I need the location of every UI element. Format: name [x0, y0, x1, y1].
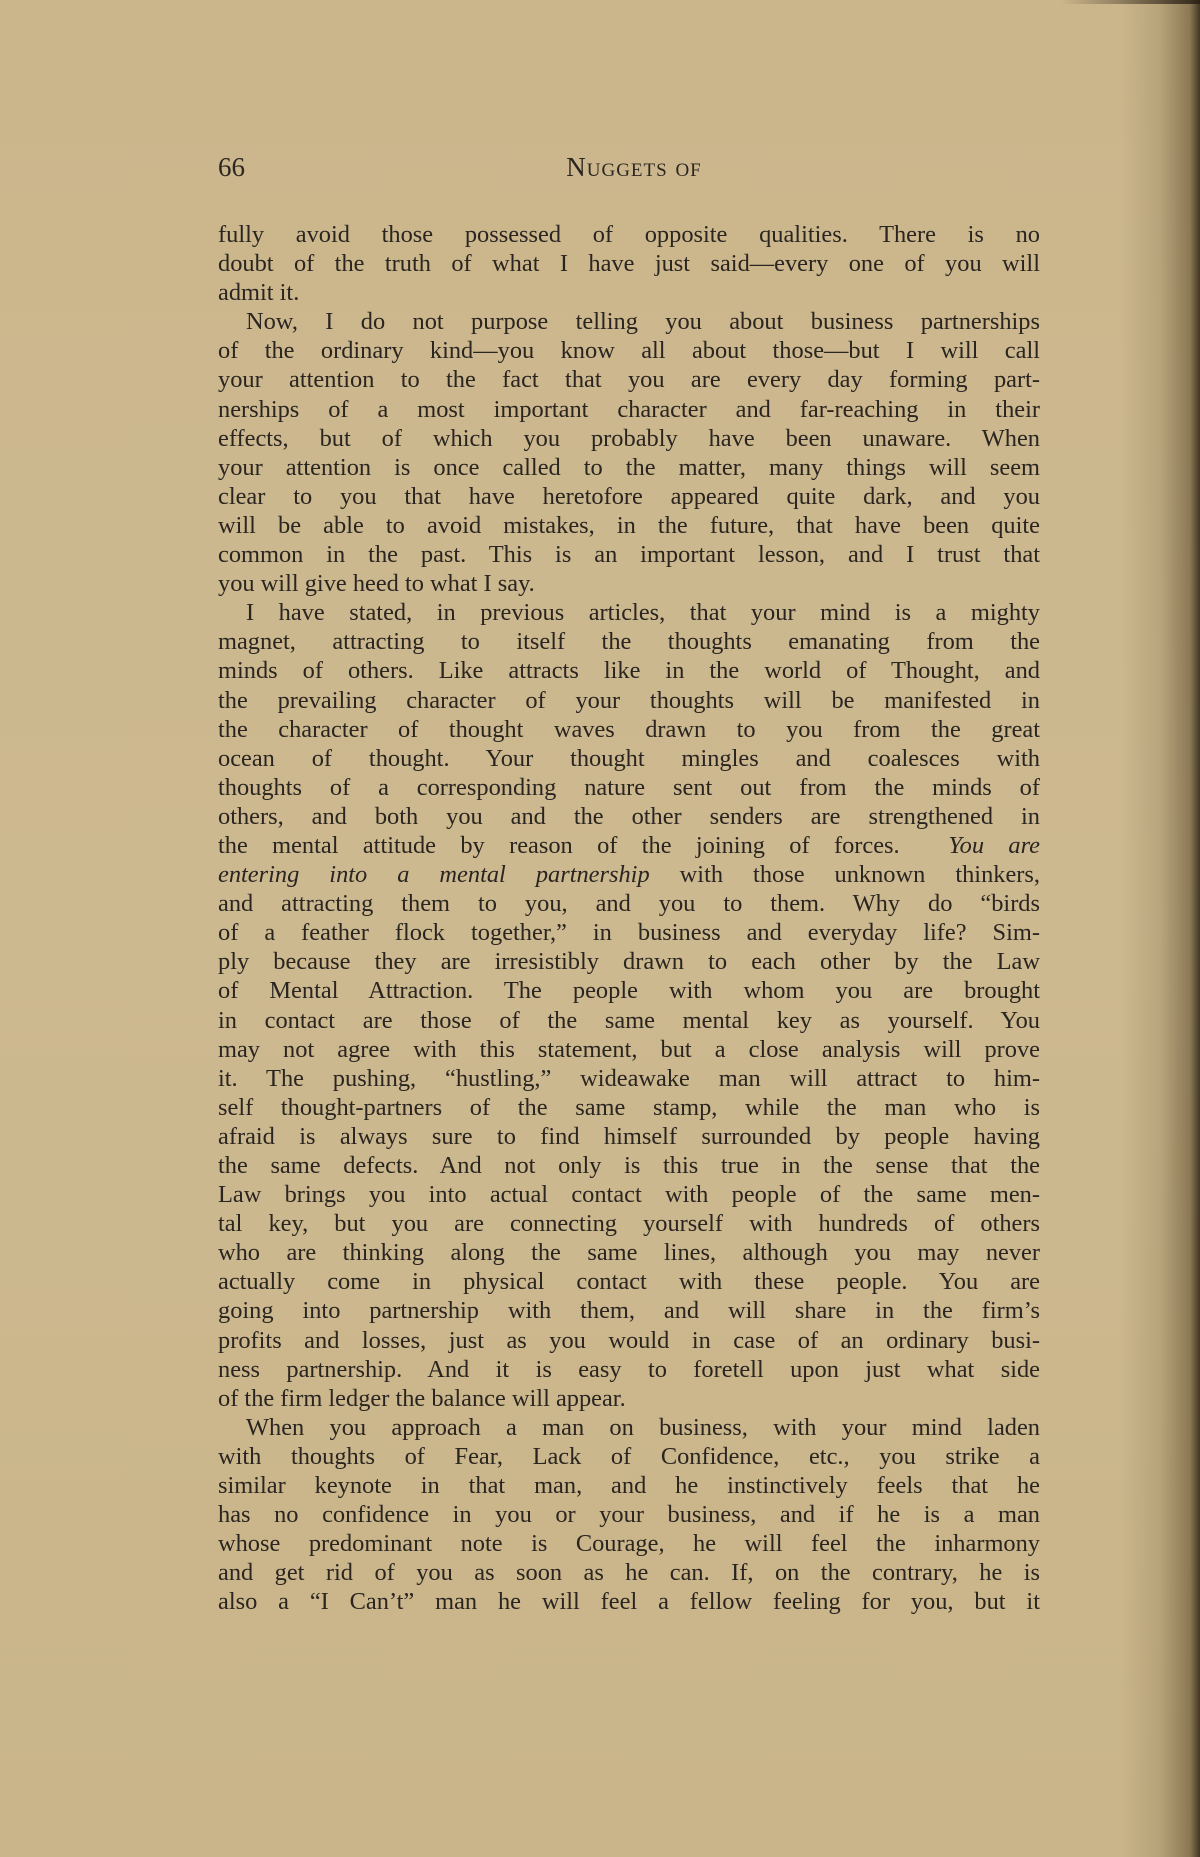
text-line: and get rid of you as soon as he can. If…: [218, 1558, 1040, 1587]
text-line: the same defects. And not only is this t…: [218, 1151, 1040, 1180]
text-line: afraid is always sure to find himself su…: [218, 1122, 1040, 1151]
text-line: admit it.: [218, 278, 1040, 307]
paragraph: When you approach a man on business, wit…: [218, 1413, 1040, 1617]
text-line: your attention to the fact that you are …: [218, 365, 1040, 394]
text-line: self thought-partners of the same stamp,…: [218, 1093, 1040, 1122]
text-line: thoughts of a corresponding nature sent …: [218, 773, 1040, 802]
text-line: it. The pushing, “hustling,” wideawake m…: [218, 1064, 1040, 1093]
text-line-mixed: entering into a mental partnership with …: [218, 860, 1040, 889]
text-line: your attention is once called to the mat…: [218, 453, 1040, 482]
text-line: others, and both you and the other sende…: [218, 802, 1040, 831]
text-line: and attracting them to you, and you to t…: [218, 889, 1040, 918]
italic-emphasis: entering into a mental partnership: [218, 861, 650, 888]
text-line: you will give heed to what I say.: [218, 569, 1040, 598]
text-line: ness partnership. And it is easy to fore…: [218, 1355, 1040, 1384]
text-line: doubt of the truth of what I have just s…: [218, 249, 1040, 278]
italic-emphasis: You are: [948, 832, 1040, 859]
text-line: with thoughts of Fear, Lack of Confidenc…: [218, 1442, 1040, 1471]
text-line: of a feather flock together,” in busines…: [218, 918, 1040, 947]
text-line: When you approach a man on business, wit…: [218, 1413, 1040, 1442]
text-line: Now, I do not purpose telling you about …: [218, 307, 1040, 336]
page-top-edge-shadow: [1060, 0, 1200, 4]
text-line: may not agree with this statement, but a…: [218, 1035, 1040, 1064]
text-line: nerships of a most important character a…: [218, 395, 1040, 424]
text-line: whose predominant note is Courage, he wi…: [218, 1529, 1040, 1558]
text-line: similar keynote in that man, and he inst…: [218, 1471, 1040, 1500]
text-line: clear to you that have heretofore appear…: [218, 482, 1040, 511]
text-line: the character of thought waves drawn to …: [218, 715, 1040, 744]
text-line: I have stated, in previous articles, tha…: [218, 598, 1040, 627]
text-line: of the firm ledger the balance will appe…: [218, 1384, 1040, 1413]
text-line-mixed: the mental attitude by reason of the joi…: [218, 831, 1040, 860]
text-line: magnet, attracting to itself the thought…: [218, 627, 1040, 656]
paragraph: fully avoid those possessed of opposite …: [218, 220, 1040, 307]
paragraph: I have stated, in previous articles, tha…: [218, 598, 1040, 1413]
text-segment: with those unknown thinkers,: [680, 861, 1040, 888]
text-segment: the mental attitude by reason of the joi…: [218, 832, 900, 859]
text-line: has no confidence in you or your busines…: [218, 1500, 1040, 1529]
text-line: tal key, but you are connecting yourself…: [218, 1209, 1040, 1238]
text-line: ocean of thought. Your thought mingles a…: [218, 744, 1040, 773]
text-line: common in the past. This is an important…: [218, 540, 1040, 569]
text-line: fully avoid those possessed of opposite …: [218, 220, 1040, 249]
text-line: profits and losses, just as you would in…: [218, 1326, 1040, 1355]
book-page: 66 Nuggets of fully avoid those possesse…: [0, 0, 1200, 1857]
text-line: going into partnership with them, and wi…: [218, 1296, 1040, 1325]
running-head: 66 Nuggets of: [218, 152, 1040, 192]
text-line: minds of others. Like attracts like in t…: [218, 656, 1040, 685]
text-line: actually come in physical contact with t…: [218, 1267, 1040, 1296]
text-line: will be able to avoid mistakes, in the f…: [218, 511, 1040, 540]
text-line: Law brings you into actual contact with …: [218, 1180, 1040, 1209]
body-text: fully avoid those possessed of opposite …: [218, 220, 1040, 1617]
text-line: ply because they are irresistibly drawn …: [218, 947, 1040, 976]
paragraph: Now, I do not purpose telling you about …: [218, 307, 1040, 598]
text-line: who are thinking along the same lines, a…: [218, 1238, 1040, 1267]
text-line: of Mental Attraction. The people with wh…: [218, 976, 1040, 1005]
running-head-title: Nuggets of: [218, 152, 1040, 183]
text-line: also a “I Can’t” man he will feel a fell…: [218, 1587, 1040, 1616]
text-line: of the ordinary kind—you know all about …: [218, 336, 1040, 365]
text-line: the prevailing character of your thought…: [218, 686, 1040, 715]
text-line: effects, but of which you probably have …: [218, 424, 1040, 453]
text-line: in contact are those of the same mental …: [218, 1006, 1040, 1035]
